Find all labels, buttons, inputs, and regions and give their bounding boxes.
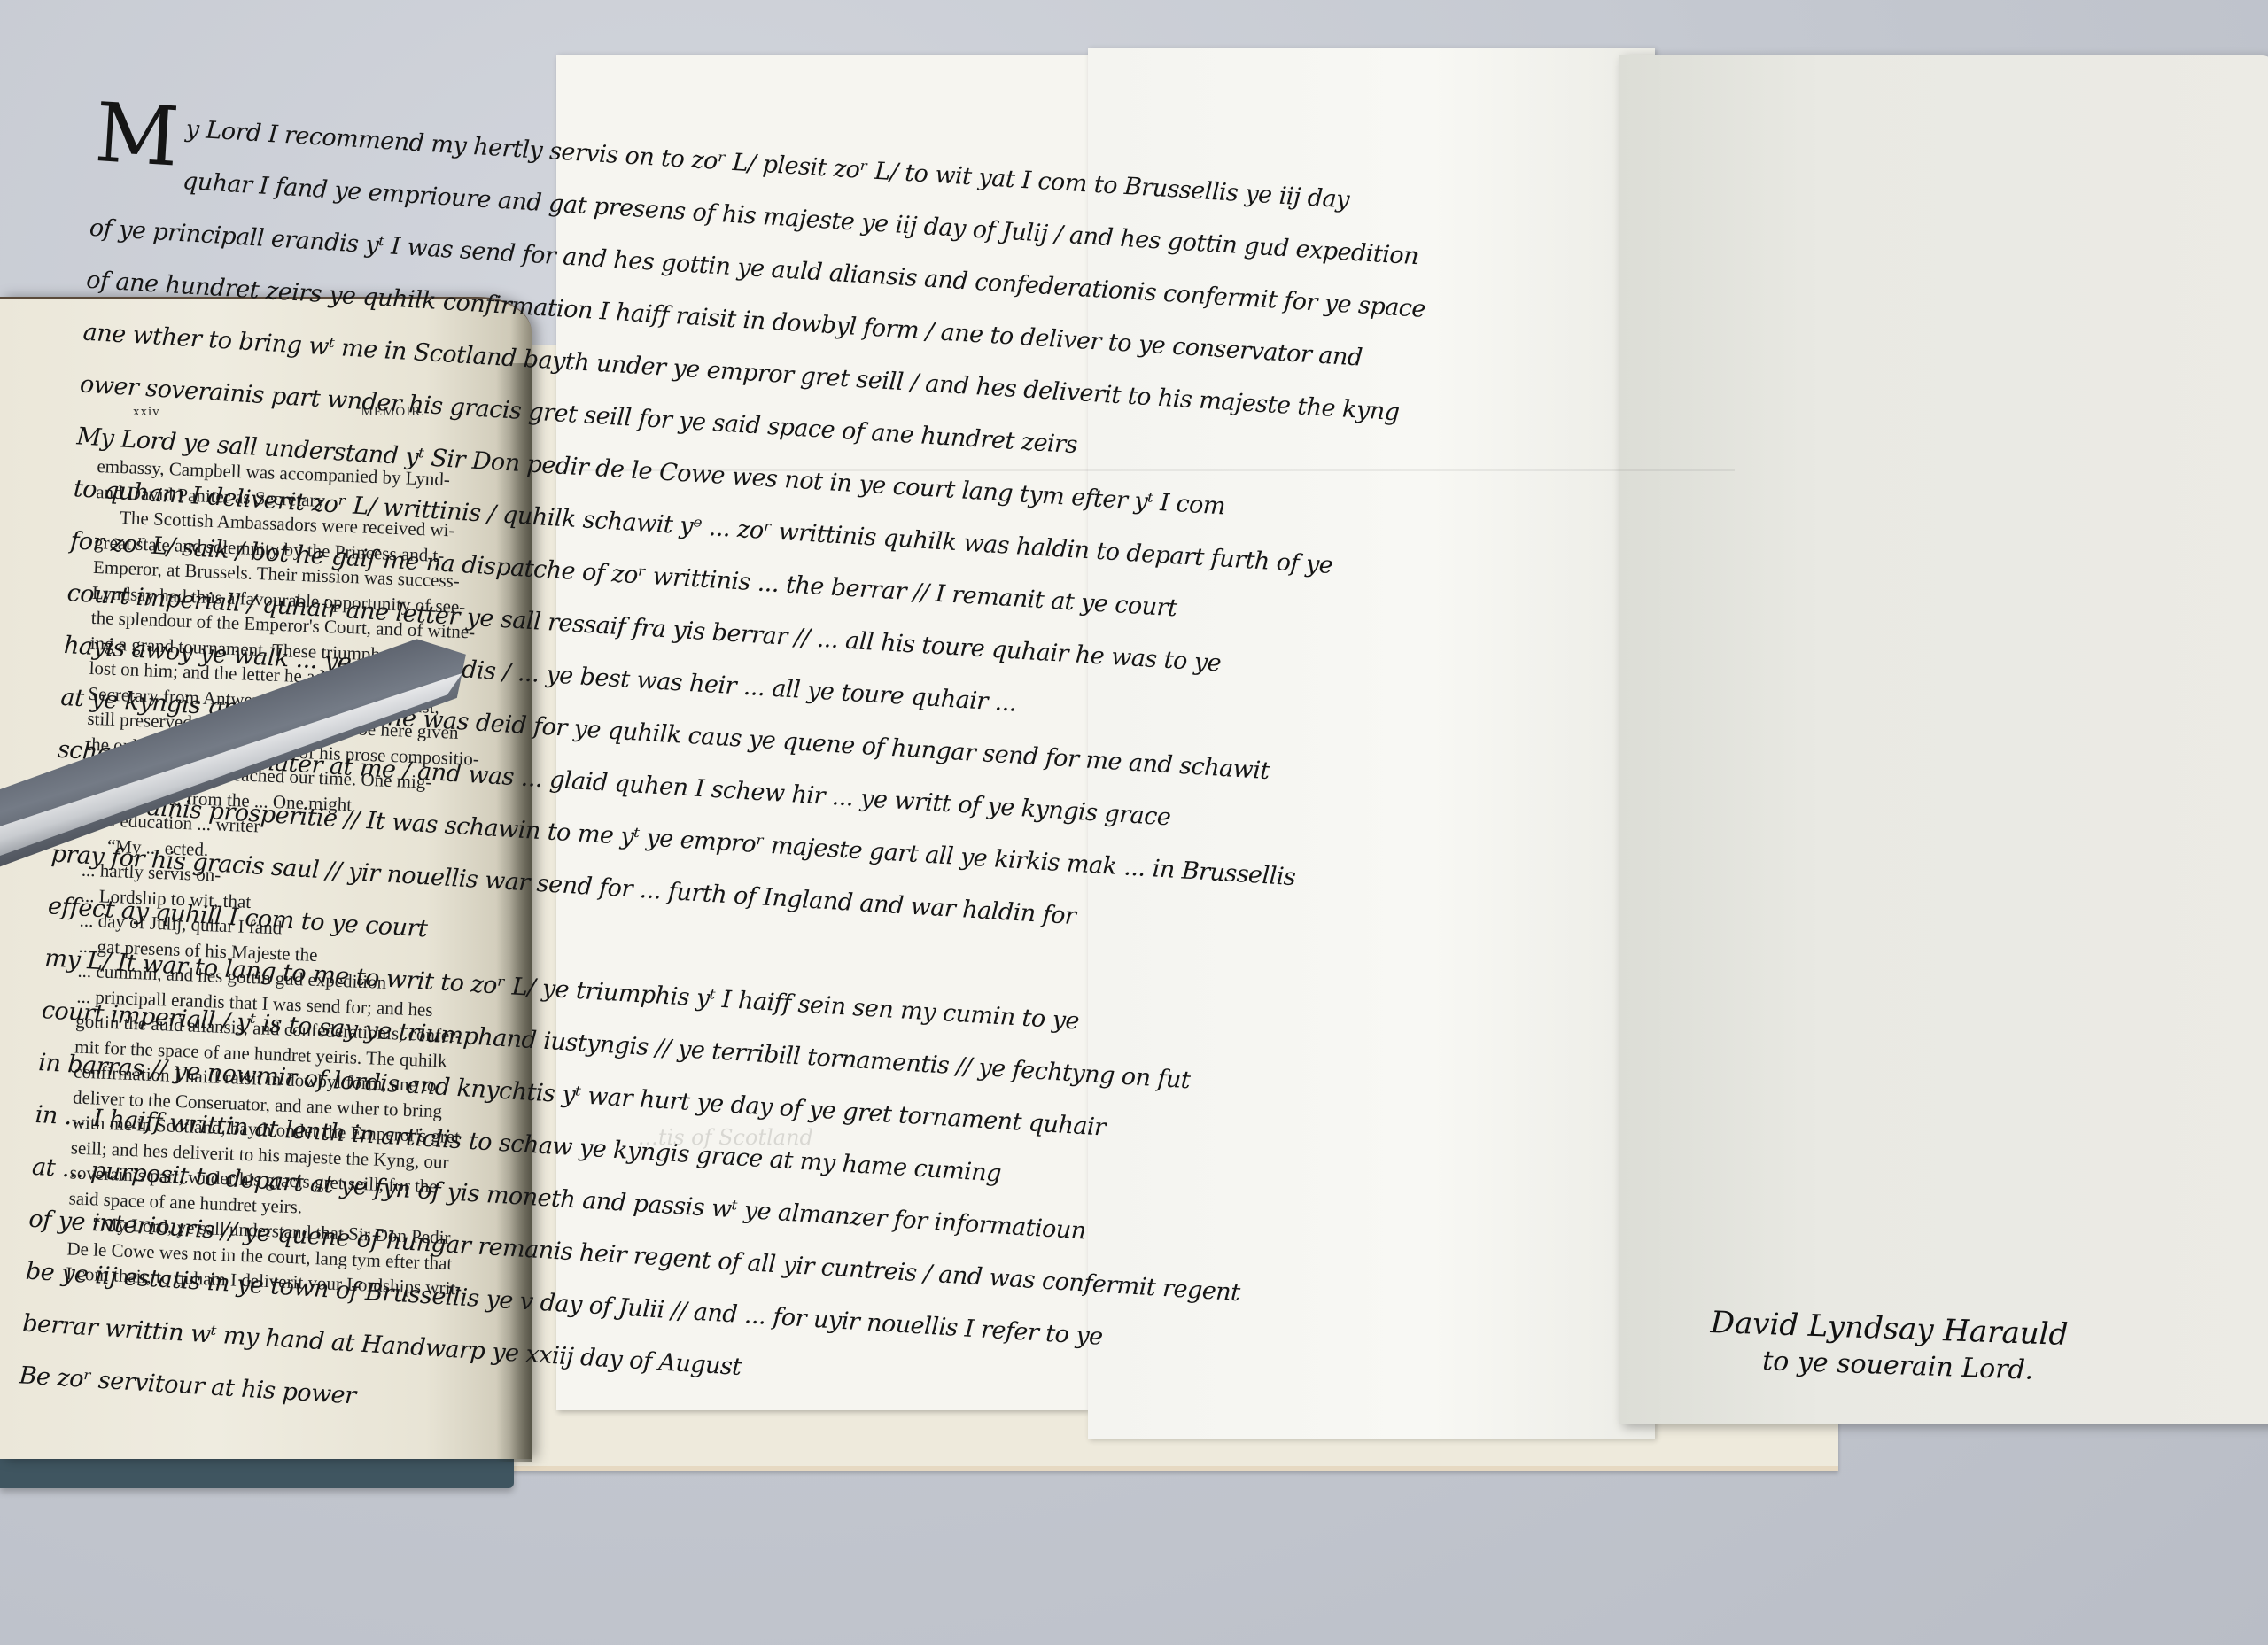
signature: David Lyndsay Harauld to ye souerain Lor…: [1709, 1305, 2069, 1387]
show-through-text: ...tis of Scotland: [638, 1125, 1099, 1150]
photo-scene: xxiv MEMOIR. embassy, Campbell was accom…: [0, 0, 2268, 1645]
decorated-initial: M: [94, 106, 180, 165]
handwritten-letter-text: M y Lord I recommend my hertly servis on…: [18, 97, 1743, 1502]
